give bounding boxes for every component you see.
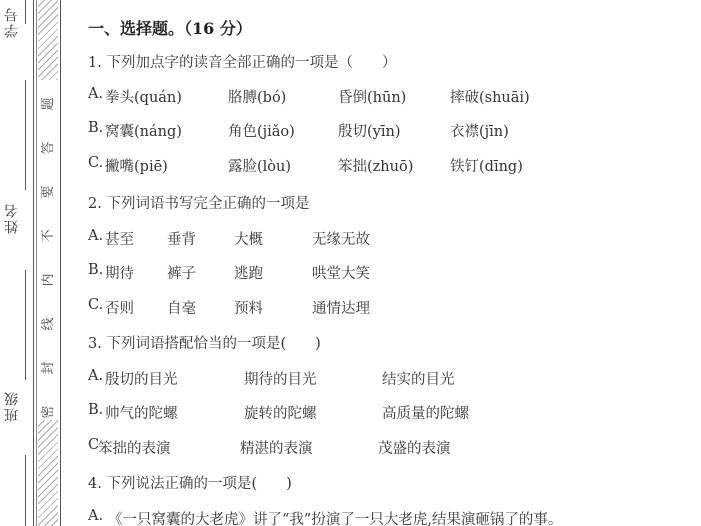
seal-line-outer xyxy=(33,0,34,526)
option-item: 旋转的陀螺 xyxy=(244,402,317,423)
hatch-bottom xyxy=(38,420,58,526)
option-item: 衣襟(jīn) xyxy=(450,120,509,141)
option-label: A. xyxy=(88,86,103,102)
option-label: B. xyxy=(88,120,103,136)
option-item: 胳膊(bó) xyxy=(228,86,286,107)
option-label: A. xyxy=(88,508,103,524)
seal-char: 密 xyxy=(41,404,57,420)
option-item: 笨拙(zhuō) xyxy=(338,155,413,176)
option-item: 殷切的目光 xyxy=(105,368,178,389)
class-fill-line xyxy=(25,455,26,526)
option-label: C. xyxy=(88,297,103,313)
seal-line-right xyxy=(60,0,61,526)
option-label: B. xyxy=(88,262,103,278)
option-item: 否则 xyxy=(105,297,134,318)
option-item: 摔破(shuāi) xyxy=(450,86,530,107)
option-label: A. xyxy=(88,228,103,244)
option-item: 预料 xyxy=(234,297,263,318)
option-item: 结实的目光 xyxy=(382,368,455,389)
option-label: C. xyxy=(88,155,103,171)
question-4-stem: 4. 下列说法正确的一项是( ) xyxy=(88,472,292,493)
option-label: A. xyxy=(88,368,103,384)
seal-char: 要 xyxy=(41,184,57,200)
hatch-top xyxy=(38,0,58,80)
name-fill-line xyxy=(25,270,26,380)
option-item: 茂盛的表演 xyxy=(378,437,451,458)
seal-char: 不 xyxy=(41,228,57,244)
option-item: 笨拙的表演 xyxy=(98,437,171,458)
option-item: 高质量的陀螺 xyxy=(382,402,469,423)
option-item: 自毫 xyxy=(167,297,196,318)
option-item: 帅气的陀螺 xyxy=(105,402,178,423)
option-label: B. xyxy=(88,402,103,418)
option-item: 铁钉(dīng) xyxy=(450,155,523,176)
option-item: 通情达理 xyxy=(312,297,370,318)
option-item: 期待 xyxy=(105,262,134,283)
binding-margin: 学号 姓名 班级 题 答 要 不 内 线 封 密 xyxy=(0,0,70,526)
seal-char: 答 xyxy=(41,140,57,156)
option-item: 撇嘴(piē) xyxy=(105,155,168,176)
question-2-stem: 2. 下列词语书写完全正确的一项是 xyxy=(88,192,309,213)
seal-char: 封 xyxy=(41,360,57,376)
option-item: 哄堂大笑 xyxy=(312,262,370,283)
option-item: 大概 xyxy=(234,228,263,249)
option-item: 露脸(lòu) xyxy=(228,155,291,176)
question-1-stem: 1. 下列加点字的读音全部正确的一项是（ ） xyxy=(88,51,396,72)
option-item: 裤子 xyxy=(167,262,196,283)
name-label: 姓名 xyxy=(2,196,28,240)
option-item: 无缘无故 xyxy=(312,228,370,249)
student-id-label: 学号 xyxy=(2,2,28,42)
option-item: 窝囊(náng) xyxy=(105,120,182,141)
seal-line-inner xyxy=(36,0,37,526)
class-label: 班级 xyxy=(2,384,28,428)
option-item: 逃跑 xyxy=(234,262,263,283)
seal-char: 题 xyxy=(41,96,57,112)
section-title: 一、选择题。（16 分） xyxy=(88,16,252,39)
option-text: 《一只窝囊的大老虎》讲了“我”扮演了一只大老虎,结果演砸锅了的事。 xyxy=(108,508,562,526)
option-item: 甚至 xyxy=(105,228,134,249)
seal-char: 线 xyxy=(41,316,57,332)
seal-char: 内 xyxy=(41,272,57,288)
option-item: 殷切(yīn) xyxy=(338,120,400,141)
option-item: 昏倒(hūn) xyxy=(338,86,406,107)
student-id-fill-line xyxy=(25,80,26,190)
option-item: 垂背 xyxy=(167,228,196,249)
option-item: 角色(jiǎo) xyxy=(228,120,295,141)
option-item: 拳头(quán) xyxy=(105,86,182,107)
option-item: 期待的目光 xyxy=(244,368,317,389)
question-3-stem: 3. 下列词语搭配恰当的一项是( ) xyxy=(88,332,321,353)
option-item: 精湛的表演 xyxy=(240,437,313,458)
